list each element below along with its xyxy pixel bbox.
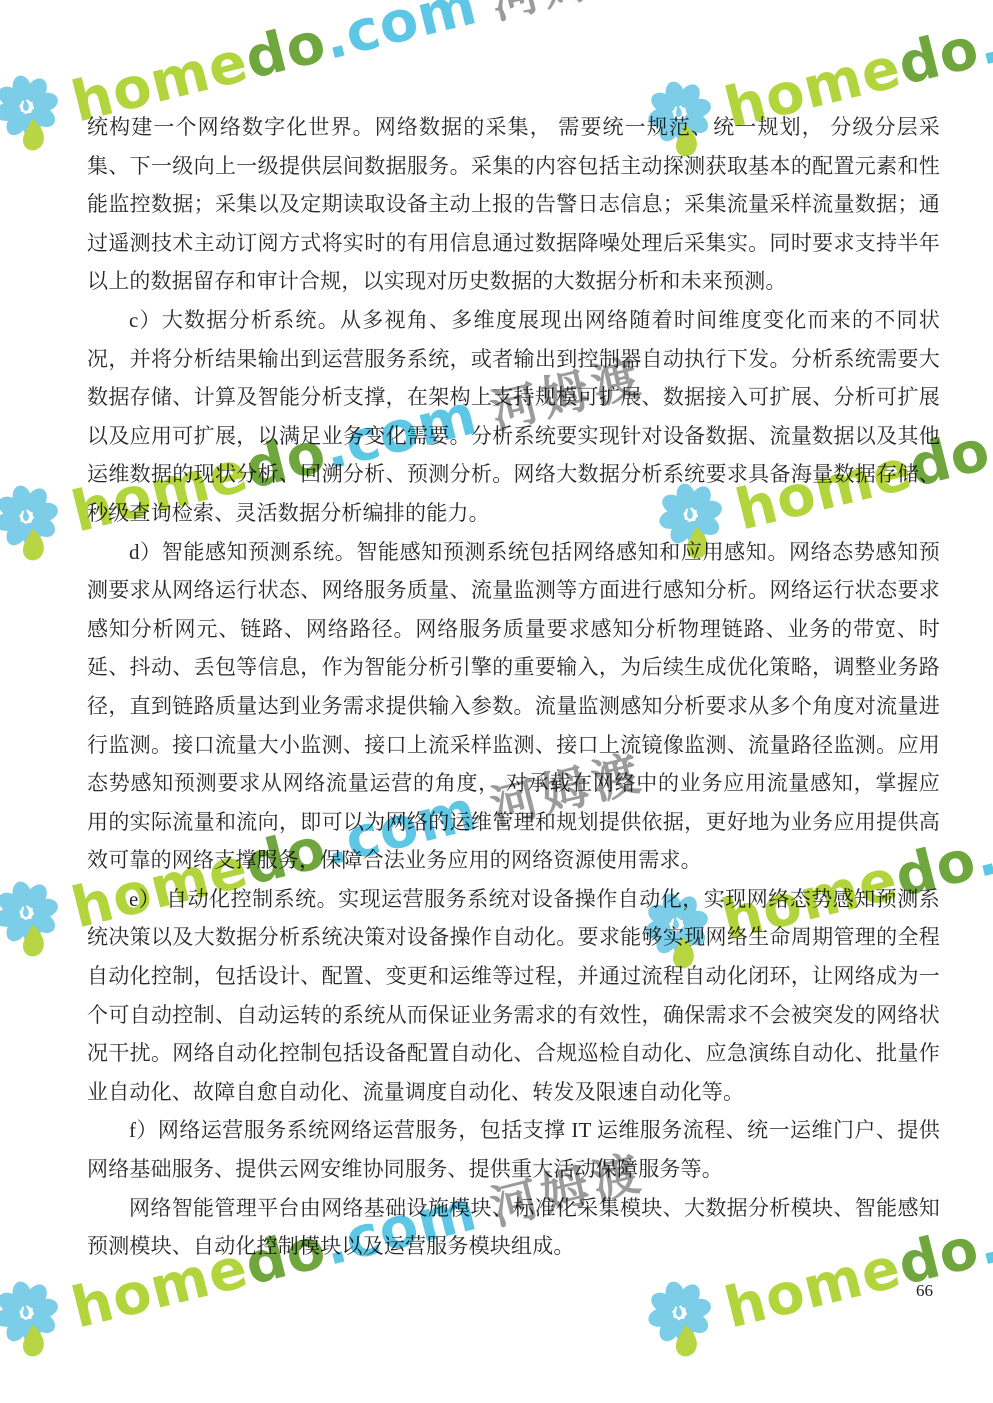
paragraph-item-e: e） 自动化控制系统。实现运营服务系统对设备操作自动化，实现网络态势感知预测系统… — [87, 880, 940, 1112]
homedo-flower-icon — [632, 1266, 732, 1375]
watermark-com-text: .com — [981, 380, 993, 481]
watermark-com-text: .com — [970, 1178, 993, 1279]
paragraph-continuation: 统构建一个网络数字化世界。网络数据的采集， 需要统一规范、统一规划， 分级分层采… — [87, 108, 940, 301]
homedo-flower-icon — [0, 866, 79, 975]
document-body: 统构建一个网络数字化世界。网络数据的采集， 需要统一规范、统一规划， 分级分层采… — [87, 108, 940, 1266]
paragraph-item-c: c）大数据分析系统。从多视角、多维度展现出网络随着时间维度变化而来的不同状况，并… — [87, 301, 940, 533]
watermark-com-text: .com — [967, 790, 993, 891]
document-page: homedo.com 河姆渡 homedo.com 河姆渡 homedo.com… — [0, 0, 993, 1403]
watermark-do-text: do — [892, 15, 986, 98]
watermark-do-text: do — [239, 9, 333, 92]
homedo-flower-icon — [0, 470, 79, 579]
watermark-cn-text: 河姆渡 — [483, 0, 651, 32]
homedo-flower-icon — [0, 60, 79, 169]
paragraph-summary: 网络智能管理平台由网络基础设施模块、标准化采集模块、大数据分析模块、智能感知预测… — [87, 1189, 940, 1266]
page-number: 66 — [916, 1281, 933, 1301]
paragraph-item-f: f）网络运营服务系统网络运营服务，包括支撑 IT 运维服务流程、统一运维门户、提… — [87, 1111, 940, 1188]
homedo-flower-icon — [0, 1266, 79, 1375]
paragraph-item-d: d）智能感知预测系统。智能感知预测系统包括网络感知和应用感知。网络态势感知预测要… — [87, 533, 940, 880]
watermark-com-text: .com — [970, 0, 993, 78]
watermark-com-text: .com — [317, 0, 483, 72]
